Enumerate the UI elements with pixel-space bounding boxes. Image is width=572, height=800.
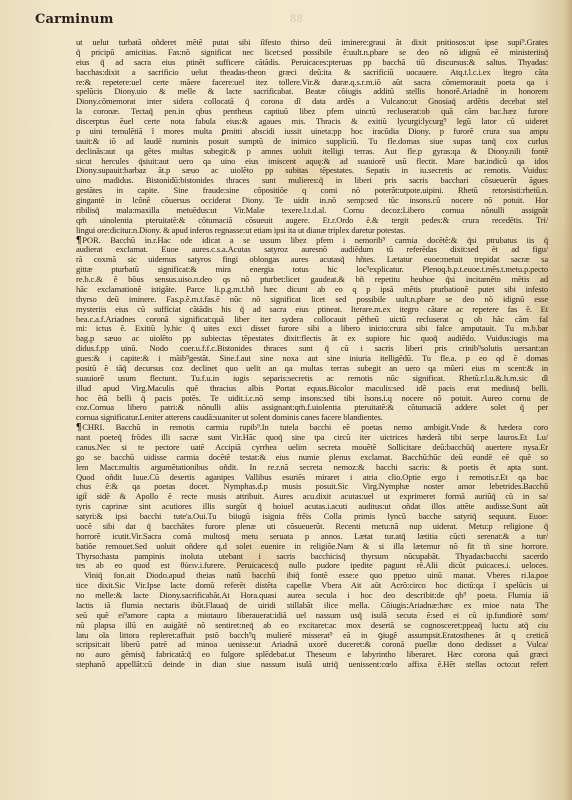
text-line: Diony.cõmemorat inter sidera collocatã q… [76,97,548,107]
text-line: nũ plapsa illũ en auigãtẽ nõ sentiret:ne… [76,621,548,631]
text-line: satyri:& ipsi bacchi tute'a.Oui.Tu biiug… [76,512,548,522]
text-line: tice dixit.Sic Vir.Ipse lacte domũ refer… [76,581,548,591]
text-line: eius q̃ ad sacra eius ptinẽt sufficere c… [76,58,548,68]
text-line: uocẽ sibi dat q̃ bacchãtes furore plenæ … [76,522,548,532]
text-line: tes ab eo quod est θύειν.i.furere. Perui… [76,561,548,571]
text-line: no auro gẽmisq̃ fabricatã:q̃ eo fulgore … [76,650,548,660]
text-line: thyrso deũ iminere. Fas.p.ẽ.m.t.fas.ẽ nũ… [76,295,548,305]
text-line: bea.c.a.f.Ariadnes coronã significat:quã… [76,315,548,325]
manuscript-page: Carminum 88 ut uelut turbatã oñderet mẽt… [0,0,572,800]
text-line: didus.f.pp uinũ. Nodo coer.u.f.f.c.Bisto… [76,344,548,354]
text-line: tauit:& iõ ad laudẽ numinis posuit sumpt… [76,137,548,147]
text-line: horrorẽ icutit.Vir.Sacra comã multosq̃ m… [76,532,548,542]
text-line: coz.Cornua libero patri:& nõnulli aliis … [76,403,548,413]
commentary-text-block: ut uelut turbatã oñderet mẽtẽ putat sibi… [76,38,548,670]
text-line: rã coxmã sic uidemus satyros fingi oblon… [76,255,548,265]
text-line: mysteriis eius cũ sufficiat cãtãdis his … [76,305,548,315]
text-line: la coronæ. Tectaq̃ pen.in qbus pentheus … [76,107,548,117]
text-line: nant poeteq̃ frõdes illi sacræ sunt Vir.… [76,433,548,443]
text-line: q̃ pricipũ amicitias. Fas:nõ significat … [76,48,548,58]
text-line: positũ ẽ tãq̃ decursus coz declinet quo … [76,364,548,374]
text-line: chus ẽ:& qa poetas docet. Nymphas.d.p mu… [76,482,548,492]
text-line: scripsit:ait liberũ patrẽ ad minoa uenis… [76,640,548,650]
faint-folio-mark: 88 [290,14,303,25]
section-lemma-line: CHRI. Bacchũ in remotis carmia rupib⁹.In… [82,423,548,432]
text-line: bacchas:dixit a sacrificio uelut theadas… [76,68,548,78]
text-line: Viniq̃ fon.ait Diodo.apud theias natũ ba… [76,571,548,581]
text-line: uino madidus. Bistonidũ:bistonides thrac… [76,176,548,186]
text-line: ¶POR. Bacchũ in.r.Hac ode idicat a se us… [76,236,548,246]
text-line: Quod oñdit Iuue.Cũ desertis aganipes Val… [76,473,548,483]
text-line: spelũcis Diony.uio & melle & lacte sacri… [76,87,548,97]
text-line: batiõe remouet.Sed uoluit oñdere q.d sol… [76,542,548,552]
text-line: gittæ pturbatũ significat:& mira energia… [76,265,548,275]
text-line: qm̃ uinolentia pteruitatẽ:& cõtumaciã cõ… [76,216,548,226]
text-line: canus.Nec si te pectore uatẽ Accipiã cyr… [76,443,548,453]
text-line: Diony.supauit:barbaz ãt.p sæuo ac uiolẽt… [76,166,548,176]
text-line: seũ quẽ ei⁹amore capta a miotauro libera… [76,611,548,621]
text-line: bag.p sæuo ac uiolẽto pp subiectas tẽpes… [76,334,548,344]
text-line: go se bacchũ uidisse carmia docẽtẽ testa… [76,453,548,463]
text-line: p uini temulẽtiã ĩ mores multa ꝑmitti ab… [76,127,548,137]
text-line: mi: ictus ẽ. Exitiũ ly.hic q̃ uites exci… [76,324,548,334]
text-line: igit̃ sidẽ & Apollo ẽ recte musis attrib… [76,492,548,502]
text-line: cornua significatur.Leniter atterens cau… [76,413,548,423]
text-line: hoc ẽtã belli q̃ pacis potẽs. Te uidit.i… [76,394,548,404]
text-line: lingui ore:dicitur.n.Diony. & apud infer… [76,226,548,236]
section-lemma-line: POR. Bacchũ in.r.Hac ode idicat a se uss… [82,236,548,245]
running-head: Carminum [35,12,114,27]
text-line: re.b.c.& ẽ bõus sensus.uiso.n.deo qs nõ … [76,275,548,285]
text-line: ¶CHRI. Bacchũ in remotis carmia rupib⁹.I… [76,423,548,433]
text-line: discerptus ẽuel certe nota fabula eius:&… [76,117,548,127]
section-marker-icon: ¶ [76,236,81,246]
text-line: gingantẽ in lcõnẽ cõuersus occiderat Dio… [76,196,548,206]
text-line: ut uelut turbatã oñderet mẽtẽ putat sibi… [76,38,548,48]
text-line: gues:& i capite:& i mãib⁹gestãt. Sine.f.… [76,354,548,364]
text-line: hãc exclamationẽ istigãte. Parce li.p.g.… [76,285,548,295]
page-edge-shadow [564,0,572,800]
text-line: ribilisq̃ mala:maxilla metuẽdus:ut Vir.M… [76,206,548,216]
text-line: stephanõ appellãt:cũ deinde in dian siue… [76,660,548,670]
text-line: audierat exclamat. Euoe aures.c.s.a.Acut… [76,245,548,255]
text-line: illud apud Virg.Maculis quẽ thracius alb… [76,384,548,394]
text-line: lem Macr.multis argumẽtationibus oñdit. … [76,463,548,473]
text-line: Thyrso:hasta pampinis inoluta utebant i … [76,552,548,562]
text-line: latu oĩa littora repleret:affuit pstõ ba… [76,631,548,641]
text-line: sicut hercules q̃siuit:aut uero qa uino … [76,157,548,167]
text-line: re:& repetere:uel certe mãere facere:uel… [76,78,548,88]
text-line: no melle:& lacte Diony.sacrificabãt.At H… [76,591,548,601]
text-line: tyris caprinæ sint acutiores illis surgũ… [76,502,548,512]
text-line: declinãs:aut qa gẽtes multas subegit:& p… [76,147,548,157]
section-marker-icon: ¶ [76,423,81,433]
text-line: gestãtes in capite. Sine fraude:sine cõp… [76,186,548,196]
text-line: lactis iã flumia nectaris ibũt.Flauaq̃ d… [76,601,548,611]
text-line: suauiorẽ usum flectunt. Tu.f.u.in iugis … [76,374,548,384]
